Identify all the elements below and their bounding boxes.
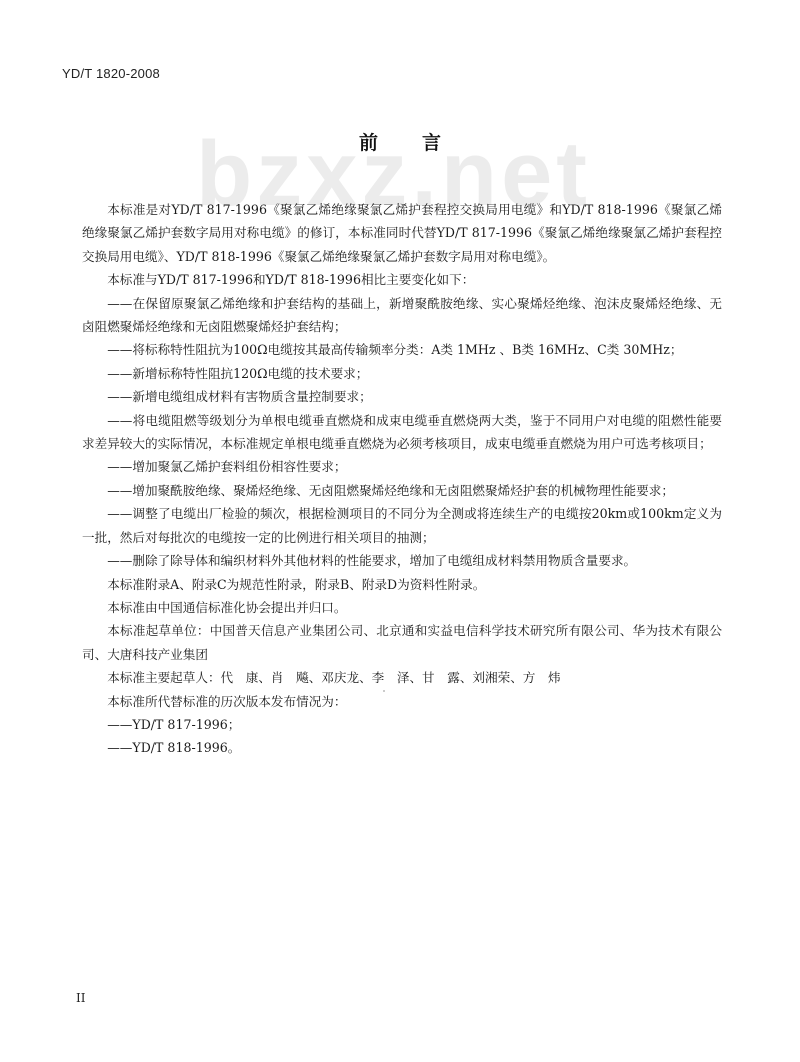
paragraph-drafters: 本标准主要起草人：代 康、肖 飚、邓庆龙、李 泽、甘 露、刘湘荣、方 炜 [82,666,722,689]
change-item-factory-inspection: ——调整了电缆出厂检验的频次，根据检测项目的不同分为全测或将连续生产的电缆按20… [82,502,722,549]
change-item-pvc-compatibility: ——增加聚氯乙烯护套料组份相容性要求； [82,455,722,478]
change-item-mechanical-properties: ——增加聚酰胺绝缘、聚烯烃绝缘、无卤阻燃聚烯烃绝缘和无卤阻燃聚烯烃护套的机械物理… [82,479,722,502]
change-item-hazardous-substances: ——新增电缆组成材料有害物质含量控制要求； [82,385,722,408]
paragraph-proposer: 本标准由中国通信标准化协会提出并归口。 [82,596,722,619]
foreword-body: 本标准是对YD/T 817-1996《聚氯乙烯绝缘聚氯乙烯护套程控交换局用电缆》… [82,198,722,760]
standard-code-header: YD/T 1820-2008 [62,66,160,81]
paragraph-drafting-units: 本标准起草单位：中国普天信息产业集团公司、北京通和实益电信科学技术研究所有限公司… [82,619,722,666]
change-item-structures: ——在保留原聚氯乙烯绝缘和护套结构的基础上，新增聚酰胺绝缘、实心聚烯烃绝缘、泡沫… [82,292,722,339]
title-char-2: 言 [422,128,441,155]
paragraph-changes-intro: 本标准与YD/T 817-1996和YD/T 818-1996相比主要变化如下： [82,268,722,291]
paragraph-annexes: 本标准附录A、附录C为规范性附录，附录B、附录D为资料性附录。 [82,573,722,596]
paragraph-history-intro: 本标准所代替标准的历次版本发布情况为： [82,690,722,713]
change-item-material-requirements: ——删除了除导体和编织材料外其他材料的性能要求，增加了电缆组成材料禁用物质含量要… [82,549,722,572]
history-item-817: ——YD/T 817-1996； [82,713,722,736]
history-item-818: ——YD/T 818-1996。 [82,736,722,759]
title-char-1: 前 [359,128,378,155]
change-item-100ohm-classes: ——将标称特性阻抗为100Ω电缆按其最高传输频率分类：A类 1MHz 、B类 1… [82,338,722,361]
page-number: II [76,991,85,1005]
page-title: 前言 [0,128,800,155]
paragraph-revision-statement: 本标准是对YD/T 817-1996《聚氯乙烯绝缘聚氯乙烯护套程控交换局用电缆》… [82,198,722,268]
change-item-flame-retardance: ——将电缆阻燃等级划分为单根电缆垂直燃烧和成束电缆垂直燃烧两大类，鉴于不同用户对… [82,409,722,456]
change-item-120ohm: ——新增标称特性阻抗120Ω电缆的技术要求； [82,362,722,385]
